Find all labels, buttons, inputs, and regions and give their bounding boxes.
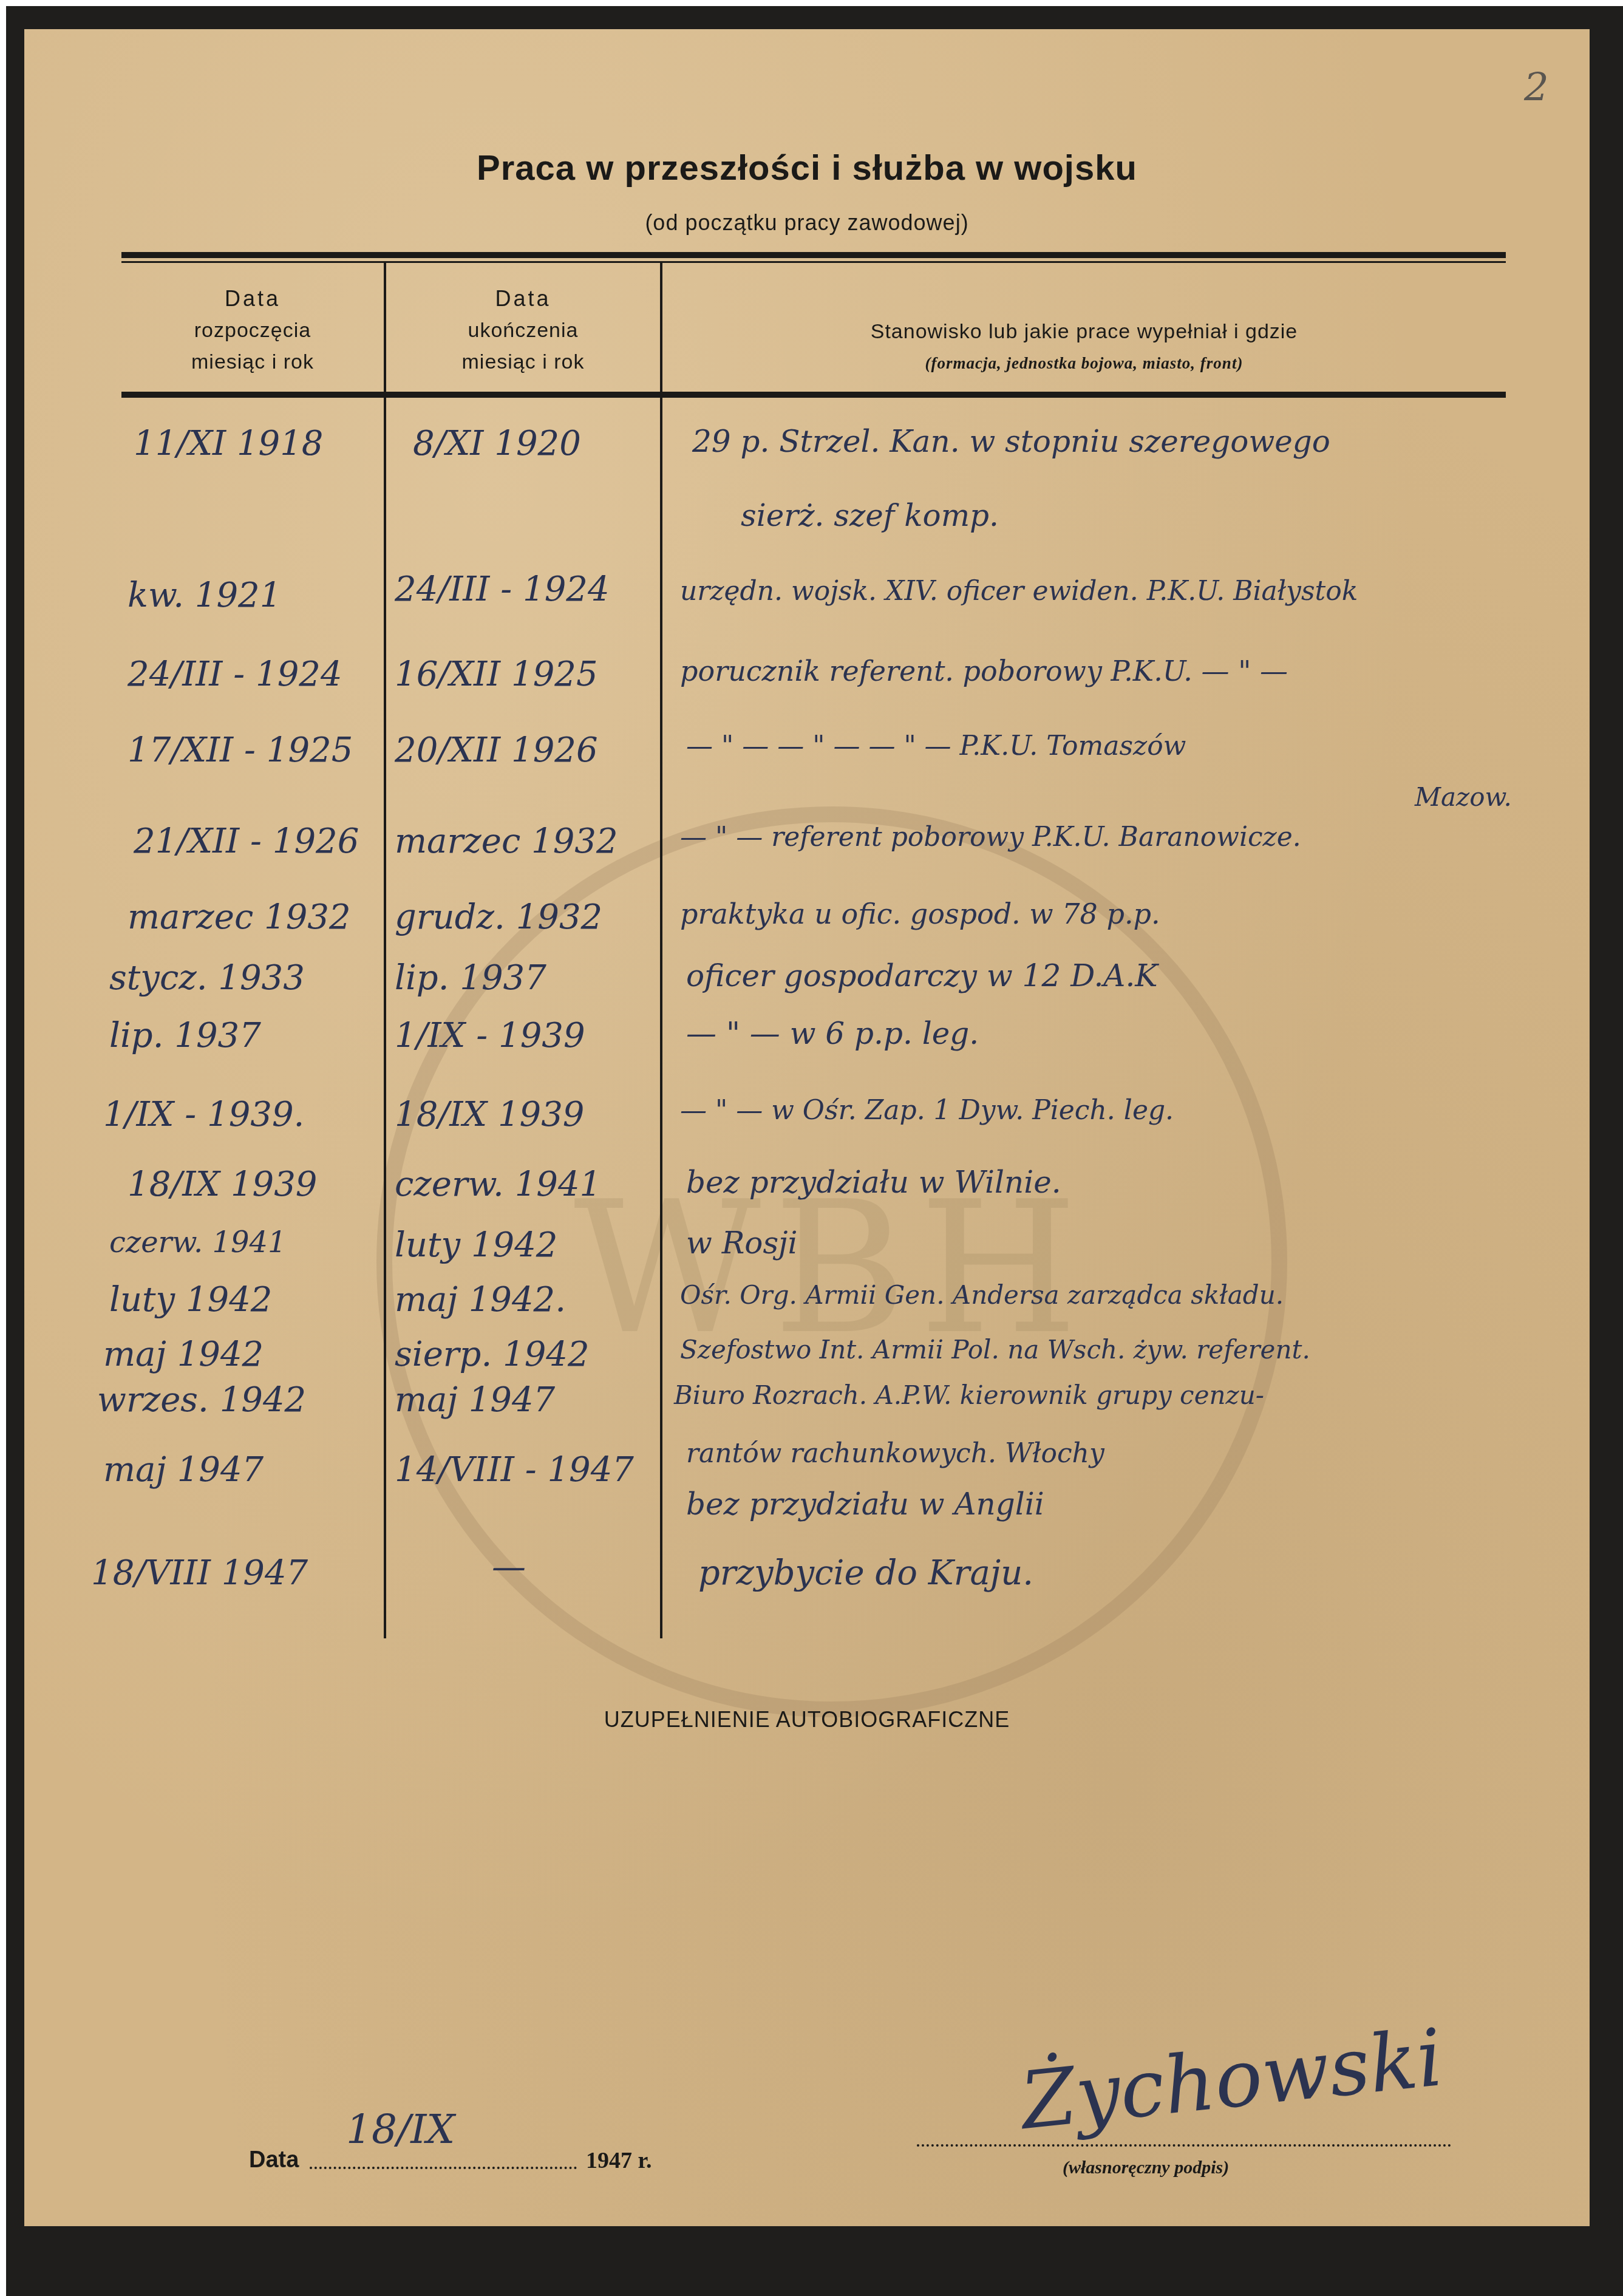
- row-2-end-date: 24/III - 1924: [395, 570, 610, 609]
- column-header-start-date-line1: Data: [121, 283, 384, 315]
- signature-caption: (własnoręczny podpis): [1063, 2158, 1229, 2178]
- row-4-start-date: 17/XII - 1925: [128, 731, 353, 770]
- handwritten-signature: Żychowski: [1016, 2011, 1447, 2147]
- row-1-description-cont: sierż. szef komp.: [741, 498, 999, 533]
- row-15-start-date: maj 1947: [103, 1450, 264, 1490]
- row-3-end-date: 16/XII 1925: [395, 655, 598, 694]
- row-15-description: bez przydziału w Anglii: [686, 1487, 1044, 1522]
- autobiographical-supplement-heading: UZUPEŁNIENIE AUTOBIOGRAFICZNE: [24, 1707, 1590, 1732]
- row-5-end-date: marzec 1932: [395, 822, 618, 861]
- row-8-end-date: 1/IX - 1939: [395, 1016, 585, 1055]
- row-14-description: Biuro Rozrach. A.P.W. kierownik grupy ce…: [674, 1380, 1264, 1410]
- row-2-start-date: kw. 1921: [128, 576, 281, 615]
- column-divider-2: [660, 261, 662, 1638]
- column-header-end-date-line1: Data: [386, 283, 660, 315]
- table-top-rule: [121, 252, 1506, 258]
- row-16-description: przybycie do Kraju.: [698, 1553, 1033, 1593]
- column-header-position: Stanowisko lub jakie prace wypełniał i g…: [662, 316, 1506, 379]
- date-value: 18/IX: [346, 2106, 455, 2153]
- year-label: 1947 r.: [586, 2147, 652, 2174]
- row-4-description: — " — — " — — " — P.K.U. Tomaszów: [686, 731, 1186, 761]
- row-4-end-date: 20/XII 1926: [395, 731, 598, 770]
- row-1-description: 29 p. Strzel. Kan. w stopniu szeregowego: [692, 424, 1330, 459]
- row-6-description: praktyka u ofic. gospod. w 78 p.p.: [680, 898, 1160, 930]
- table-header-bottom-rule: [121, 392, 1506, 398]
- date-fill-line: [310, 2167, 577, 2169]
- row-9-description: — " — w Ośr. Zap. 1 Dyw. Piech. leg.: [680, 1095, 1174, 1126]
- row-9-start-date: 1/IX - 1939.: [103, 1095, 304, 1134]
- row-3-start-date: 24/III - 1924: [128, 655, 342, 694]
- column-divider-1: [384, 261, 386, 1638]
- row-6-end-date: grudz. 1932: [395, 898, 602, 937]
- column-header-position-line1: Stanowisko lub jakie prace wypełniał i g…: [662, 316, 1506, 347]
- table-top-rule-inner: [121, 261, 1506, 263]
- row-10-end-date: czerw. 1941: [395, 1165, 601, 1204]
- row-2-description: urzędn. wojsk. XIV. oficer ewiden. P.K.U…: [680, 576, 1358, 607]
- page-number: 2: [1524, 66, 1549, 111]
- row-12-end-date: maj 1942.: [395, 1280, 566, 1320]
- row-5-start-date: 21/XII - 1926: [134, 822, 359, 861]
- row-10-description: bez przydziału w Wilnie.: [686, 1165, 1061, 1200]
- column-header-end-date-line3: miesiąc i rok: [386, 346, 660, 378]
- column-header-position-note: (formacja, jednostka bojowa, miasto, fro…: [662, 347, 1506, 379]
- row-13-end-date: sierp. 1942: [395, 1335, 590, 1374]
- date-label: Data: [249, 2147, 299, 2173]
- row-8-description: — " — w 6 p.p. leg.: [686, 1016, 979, 1051]
- row-11-description: w Rosji: [686, 1225, 798, 1261]
- row-8-start-date: lip. 1937: [109, 1016, 261, 1055]
- row-12-description: Ośr. Org. Armii Gen. Andersa zarządca sk…: [680, 1280, 1284, 1310]
- row-7-start-date: stycz. 1933: [109, 958, 305, 998]
- signature-fill-line: [917, 2144, 1451, 2147]
- row-16-end-date: —: [492, 1547, 526, 1587]
- row-1-start-date: 11/XI 1918: [134, 424, 323, 463]
- row-11-end-date: luty 1942: [395, 1225, 557, 1265]
- row-14-description-cont: rantów rachunkowych. Włochy: [686, 1438, 1104, 1469]
- row-14-start-date: wrzes. 1942: [97, 1380, 306, 1420]
- row-16-start-date: 18/VIII 1947: [91, 1553, 308, 1593]
- column-header-start-date-line2: rozpoczęcia: [121, 315, 384, 346]
- row-12-start-date: luty 1942: [109, 1280, 272, 1320]
- document-page: WBH 2 Praca w przeszłości i służba w woj…: [24, 29, 1590, 2226]
- row-14-end-date: maj 1947: [395, 1380, 555, 1420]
- row-5-description: — " — referent poborowy P.K.U. Baranowic…: [680, 822, 1301, 853]
- row-13-description: Szefostwo Int. Armii Pol. na Wsch. żyw. …: [680, 1335, 1310, 1364]
- row-9-end-date: 18/IX 1939: [395, 1095, 584, 1134]
- row-6-start-date: marzec 1932: [128, 898, 351, 937]
- row-1-end-date: 8/XI 1920: [413, 424, 581, 463]
- row-4-description-cont: Mazow.: [1415, 782, 1512, 812]
- page-subtitle: (od początku pracy zawodowej): [24, 210, 1590, 236]
- row-7-description: oficer gospodarczy w 12 D.A.K: [686, 958, 1158, 993]
- column-header-end-date-line2: ukończenia: [386, 315, 660, 346]
- column-header-start-date: Data rozpoczęcia miesiąc i rok: [121, 283, 384, 378]
- row-7-end-date: lip. 1937: [395, 958, 546, 998]
- column-header-start-date-line3: miesiąc i rok: [121, 346, 384, 378]
- row-15-end-date: 14/VIII - 1947: [395, 1450, 634, 1490]
- column-header-end-date: Data ukończenia miesiąc i rok: [386, 283, 660, 378]
- row-10-start-date: 18/IX 1939: [128, 1165, 317, 1204]
- page-title: Praca w przeszłości i służba w wojsku: [24, 148, 1590, 188]
- row-13-start-date: maj 1942: [103, 1335, 264, 1374]
- row-11-start-date: czerw. 1941: [109, 1225, 287, 1259]
- row-3-description: porucznik referent. poborowy P.K.U. — " …: [680, 655, 1288, 687]
